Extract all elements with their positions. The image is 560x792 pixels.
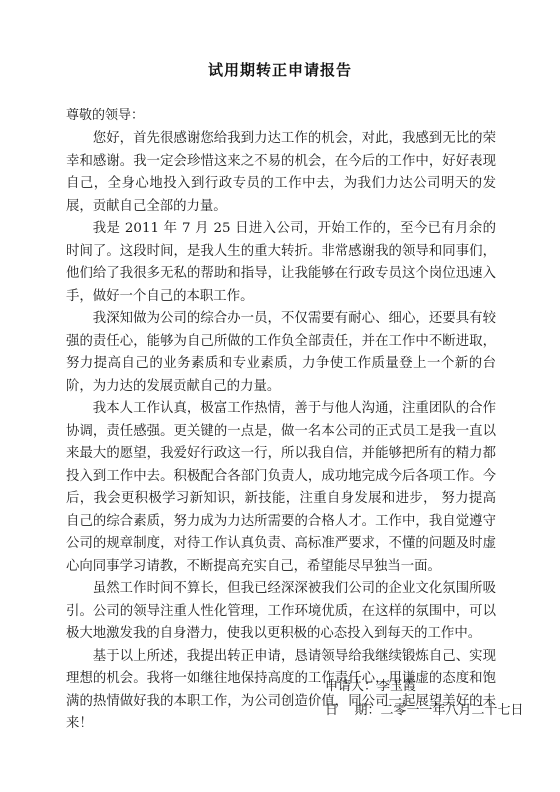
signature-date: 日 期：二零一一年八月二十七日 bbox=[325, 702, 524, 720]
document-page: 试用期转正申请报告 尊敬的领导： 您好，首先很感谢您给我到力达工作的机会，对此，… bbox=[0, 0, 560, 792]
applicant-signature: 申请人：李玉霞 bbox=[325, 678, 416, 696]
paragraph-4: 我本人工作认真，极富工作热情，善于与他人沟通，注重团队的合作协调，责任感强。更关… bbox=[66, 398, 496, 578]
paragraph-5: 虽然工作时间不算长，但我已经深深被我们公司的企业文化氛围所吸引。公司的领导注重人… bbox=[66, 578, 496, 646]
document-body: 您好，首先很感谢您给我到力达工作的机会，对此，我感到无比的荣幸和感谢。我一定会珍… bbox=[66, 128, 496, 736]
paragraph-3: 我深知做为公司的综合办一员，不仅需要有耐心、细心，还要具有较强的责任心，能够为自… bbox=[66, 308, 496, 398]
paragraph-2: 我是 2011 年 7 月 25 日进入公司，开始工作的，至今已有月余的时间了。… bbox=[66, 218, 496, 308]
salutation: 尊敬的领导： bbox=[66, 107, 144, 125]
paragraph-6: 基于以上所述，我提出转正申请，恳请领导给我继续锻炼自己、实现理想的机会。我将一如… bbox=[66, 646, 496, 736]
document-title: 试用期转正申请报告 bbox=[0, 60, 560, 80]
paragraph-1: 您好，首先很感谢您给我到力达工作的机会，对此，我感到无比的荣幸和感谢。我一定会珍… bbox=[66, 128, 496, 218]
